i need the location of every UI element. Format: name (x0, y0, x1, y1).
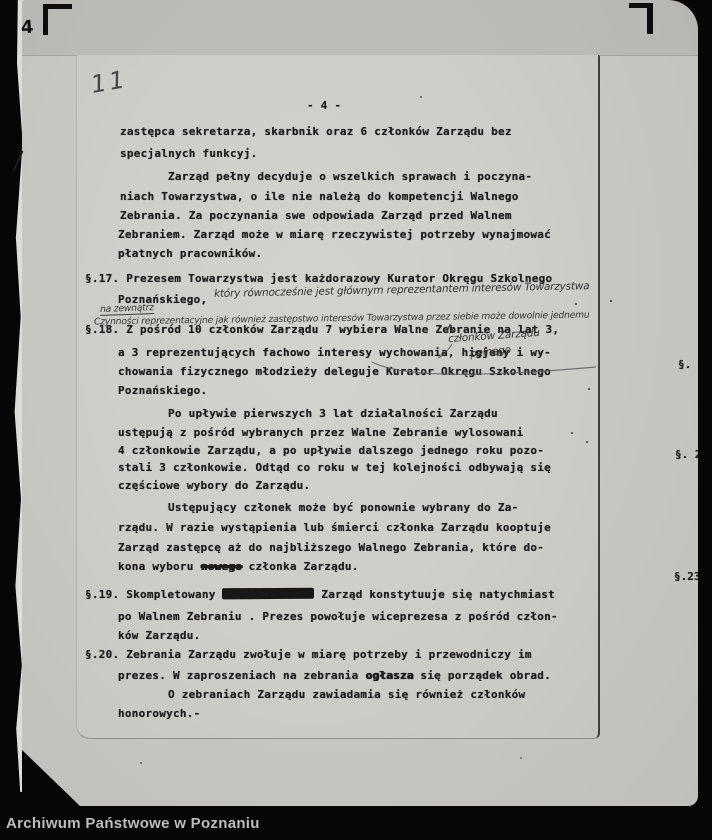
typed-line-section-20: §.20. Zebrania Zarządu zwołuje w miarę p… (85, 648, 532, 661)
typed-line: kona wyboru nowego członka Zarządu. (118, 560, 359, 573)
next-page-fragment: §. 2 (675, 448, 698, 461)
typed-line: Zebraniem. Zarząd może w miarę rzeczywis… (118, 228, 551, 241)
typed-line: ków Zarządu. (118, 629, 200, 642)
typed-line: Ustępujący członek może być ponownie wyb… (168, 501, 519, 514)
typed-text-segment: Zarząd konstytuuje się natychmiast (314, 588, 555, 601)
typed-text-segment: członka Zarządu. (242, 560, 359, 573)
next-page-fragment: §.23 (674, 570, 698, 583)
typed-text-segment: się porządek obrad. (414, 669, 551, 682)
typed-line: honorowych.- (118, 707, 200, 720)
typed-line: prezes. W zaproszeniach na zebrania ogła… (118, 669, 551, 682)
handwritten-page-mark: 4 (20, 17, 33, 39)
typed-line: Po upływie pierwszych 3 lat działalności… (168, 407, 498, 420)
next-page-fragment: §. 2 (678, 358, 698, 371)
dust-specks (0, 0, 2, 2)
typed-line: specjalnych funkcyj. (120, 147, 257, 160)
typed-line: chowania fizycznego młodzieży deleguje K… (118, 365, 551, 378)
archival-scan: { "watermark": "Archiwum Państwowe w Poz… (0, 0, 712, 840)
typed-line: stali 3 członkowie. Odtąd co roku w tej … (118, 461, 551, 474)
typed-line: O zebraniach Zarządu zawiadamia się równ… (168, 688, 525, 701)
typed-text-segment: kona wyboru (118, 560, 200, 573)
page-number: - 4 - (307, 99, 341, 112)
watermark: Archiwum Państwowe w Poznaniu (6, 815, 260, 833)
typed-line: 4 członkowie Zarządu, a po upływie dalsz… (118, 444, 544, 457)
typed-line: Zebrania. Za poczynania swe odpowiada Za… (120, 209, 512, 222)
typed-text-segment: §.19. Skompletowany (85, 588, 222, 601)
struck-word: nowego (200, 560, 241, 573)
typed-text-segment: prezes. W zaproszeniach na zebrania (118, 669, 365, 682)
typed-line-section-19: §.19. Skompletowany ████████ Zarząd kons… (85, 588, 555, 601)
typed-line: rządu. W razie wystąpienia lub śmierci c… (118, 521, 551, 534)
typed-line: zastępca sekretarza, skarbnik oraz 6 czł… (120, 125, 512, 138)
corner-mark-top-right (647, 3, 653, 34)
page-top-crease (22, 0, 698, 56)
typed-line: częściowe wybory do Zarządu. (118, 479, 310, 492)
typed-line: ustępują z pośród wybranych przez Walne … (118, 426, 523, 439)
handwritten-annotation: na zewnątrz (100, 302, 154, 316)
redacted-word: ████████ (222, 588, 314, 600)
typed-line: Zarząd pełny decyduje o wszelkich sprawa… (168, 170, 532, 183)
typed-line: niach Towarzystwa, o ile nie należą do k… (120, 190, 519, 203)
overtyped-word: ogłasza (365, 669, 413, 682)
corner-mark-top-left (43, 4, 48, 35)
typed-line: Poznańskiego. (118, 384, 207, 397)
scanner-bed-bottom: Archiwum Państwowe w Poznaniu (0, 806, 712, 840)
typed-line: Zarząd zastępcę aż do najbliższego Walne… (118, 541, 544, 554)
typed-line: po Walnem Zebraniu . Prezes powołuje wic… (118, 610, 558, 623)
typed-line: płatnych pracowników. (118, 247, 262, 260)
